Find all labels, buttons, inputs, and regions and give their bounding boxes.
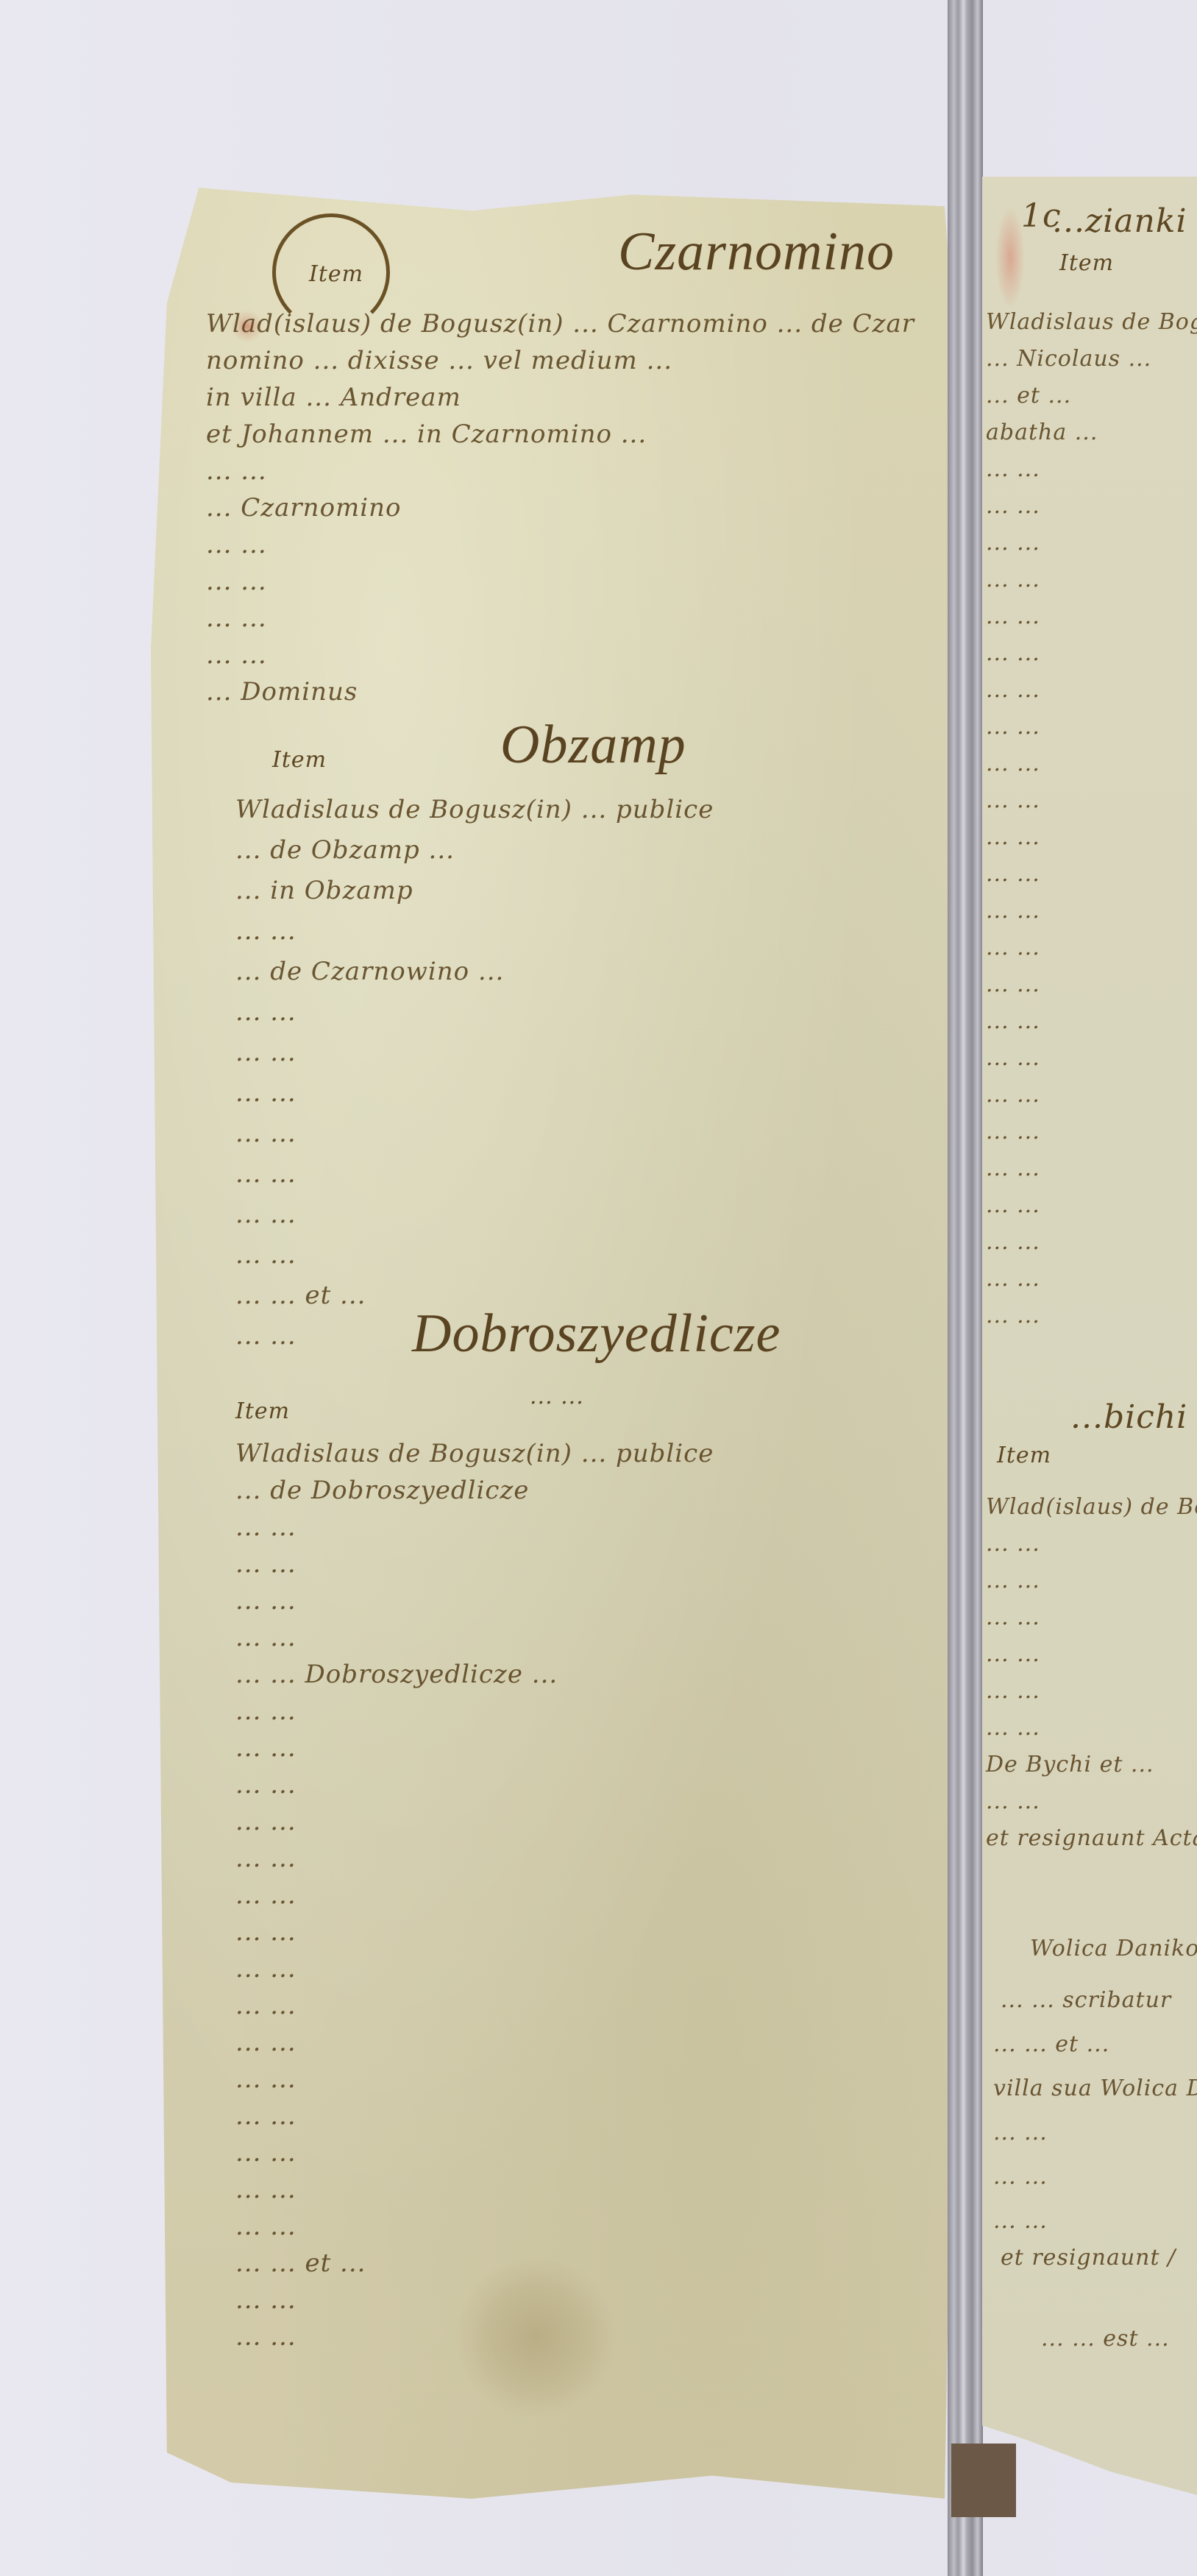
text-line: ... ... <box>986 1715 1040 1741</box>
text-line: ... ... <box>206 604 267 633</box>
text-line: ... ... <box>986 567 1040 592</box>
text-line: Wladislaus de Bogusz(in) ... publice <box>235 1439 714 1468</box>
text-line: ... de Dobroszyedlicze <box>235 1476 529 1505</box>
text-line: ... ... <box>986 640 1040 666</box>
sub-note: ... ... <box>530 1384 584 1409</box>
text-line: ... ... <box>986 1531 1040 1557</box>
text-line: Wladislaus de Bogusz(in) ... publice <box>235 795 714 824</box>
text-line: nomino ... dixisse ... vel medium ... <box>206 346 672 375</box>
text-line: Wlad(islaus) de Boguszin... <box>986 1494 1197 1520</box>
text-line: ... ... <box>235 1038 296 1067</box>
text-line: ... ... <box>235 2138 296 2168</box>
text-line: ... ... <box>235 1844 296 1873</box>
text-line: ... ... <box>235 1119 296 1148</box>
text-line: ... ... <box>235 1733 296 1763</box>
text-line: ... ... <box>235 1159 296 1189</box>
text-line: ... ... <box>235 1240 296 1270</box>
text-line: ... de Czarnowino ... <box>235 957 504 986</box>
text-line: ... ... <box>235 1549 296 1579</box>
text-line: ... ... <box>986 972 1040 997</box>
text-line: ... ... <box>235 2101 296 2131</box>
entry-heading: Wolica Danikow <box>1030 1936 1197 1961</box>
text-line: ... ... <box>993 2120 1048 2145</box>
footer-note: ... ... est ... <box>1041 2326 1170 2352</box>
entry-heading: ...zianki ... <box>1052 202 1197 240</box>
text-line: ... ... <box>986 1788 1040 1814</box>
text-line: ... ... <box>235 1200 296 1229</box>
text-line: ... ... <box>206 456 267 486</box>
text-line: ... ... scribatur <box>1001 1987 1171 2013</box>
text-line: ... ... <box>235 1586 296 1616</box>
margin-note: Item <box>1059 250 1114 276</box>
text-line: ... ... <box>235 2212 296 2241</box>
text-line: ... ... et ... <box>235 1281 366 1310</box>
text-line: ... ... <box>235 1880 296 1910</box>
text-line: ... ... <box>986 677 1040 703</box>
margin-note: Item <box>235 1398 290 1424</box>
entry-heading: Czarnomino <box>618 221 895 283</box>
text-line: ... ... <box>986 456 1040 482</box>
text-line: et Johannem ... in Czarnomino ... <box>206 420 647 449</box>
text-line: ... ... <box>986 604 1040 629</box>
text-line: ... ... <box>986 1229 1040 1255</box>
text-line: et resignaunt / <box>1001 2245 1176 2271</box>
text-line: ... ... <box>235 1954 296 1984</box>
text-line: ... ... <box>986 1119 1040 1144</box>
text-line: ... ... <box>986 1678 1040 1704</box>
text-line: ... in Obzamp <box>235 876 413 905</box>
text-line: ... ... <box>986 1604 1040 1630</box>
text-line: ... ... <box>206 567 267 596</box>
text-line: in villa ... Andream <box>206 383 461 412</box>
text-line: abatha ... <box>986 420 1098 445</box>
text-line: ... ... <box>986 1266 1040 1292</box>
text-line: ... de Obzamp ... <box>235 835 455 865</box>
entry-heading: ...bichi <box>1070 1398 1187 1436</box>
text-line: ... ... <box>235 2285 296 2315</box>
margin-note: Item <box>997 1443 1051 1468</box>
binding-spine <box>948 0 983 2576</box>
text-line: ... ... <box>235 997 296 1027</box>
text-line: ... ... <box>235 2064 296 2094</box>
text-line: ... ... <box>235 1917 296 1947</box>
text-line: ... ... <box>235 1623 296 1652</box>
text-line: Wlad(islaus) de Bogusz(in) ... Czarnomin… <box>206 309 914 339</box>
text-line: ... ... <box>235 916 296 946</box>
spine-tab <box>951 2444 1016 2517</box>
text-line: ... ... <box>235 2028 296 2057</box>
entry-heading: Obzamp <box>500 714 686 776</box>
text-line: Wladislaus de Bogusz(in) ... <box>986 309 1197 335</box>
text-line: ... ... <box>235 1078 296 1108</box>
text-line: ... Czarnomino <box>206 493 402 523</box>
text-line: ... ... <box>986 1641 1040 1667</box>
text-line: ... ... <box>206 530 267 559</box>
text-line: ... ... <box>235 1696 296 1726</box>
text-line: ... ... <box>986 1303 1040 1328</box>
text-line: ... ... <box>986 824 1040 850</box>
text-line: De Bychi et ... <box>986 1752 1154 1777</box>
text-line: ... ... Dobroszyedlicze ... <box>235 1660 558 1689</box>
text-line: ... ... <box>206 640 267 670</box>
text-line: ... ... <box>986 898 1040 924</box>
text-line: ... ... <box>986 935 1040 960</box>
text-line: ... Nicolaus ... <box>986 346 1151 372</box>
text-line: ... ... <box>986 714 1040 740</box>
text-line: ... ... <box>235 1512 296 1542</box>
text-line: ... ... <box>235 1991 296 2020</box>
text-line: villa sua Wolica Danik... <box>993 2076 1197 2101</box>
text-line: ... ... <box>235 1770 296 1800</box>
text-line: ... Dominus <box>206 677 358 707</box>
text-line: ... ... <box>986 1568 1040 1593</box>
text-line: ... ... <box>993 2208 1048 2234</box>
text-line: ... ... et ... <box>235 2248 366 2278</box>
text-line: et resignaunt Acta ... <box>986 1825 1197 1851</box>
margin-note: Item <box>272 747 327 773</box>
text-line: ... ... <box>986 1045 1040 1071</box>
text-line: ... ... <box>235 2322 296 2352</box>
text-line: ... ... <box>986 1008 1040 1034</box>
text-line: ... ... et ... <box>993 2031 1109 2057</box>
text-line: ... ... <box>235 1321 296 1351</box>
text-line: ... et ... <box>986 383 1071 408</box>
text-line: ... ... <box>986 861 1040 887</box>
text-line: ... ... <box>986 788 1040 813</box>
text-line: ... ... <box>986 1192 1040 1218</box>
text-line: ... ... <box>986 530 1040 556</box>
right-folio <box>982 177 1197 2495</box>
text-line: ... ... <box>986 493 1040 519</box>
text-line: ... ... <box>235 1807 296 1836</box>
text-line: ... ... <box>993 2164 1048 2190</box>
entry-heading: Dobroszyedlicze <box>412 1303 781 1365</box>
text-line: ... ... <box>986 1082 1040 1108</box>
margin-note: Item <box>309 261 363 287</box>
text-line: ... ... <box>986 1156 1040 1181</box>
text-line: ... ... <box>986 751 1040 776</box>
text-line: ... ... <box>235 2175 296 2204</box>
